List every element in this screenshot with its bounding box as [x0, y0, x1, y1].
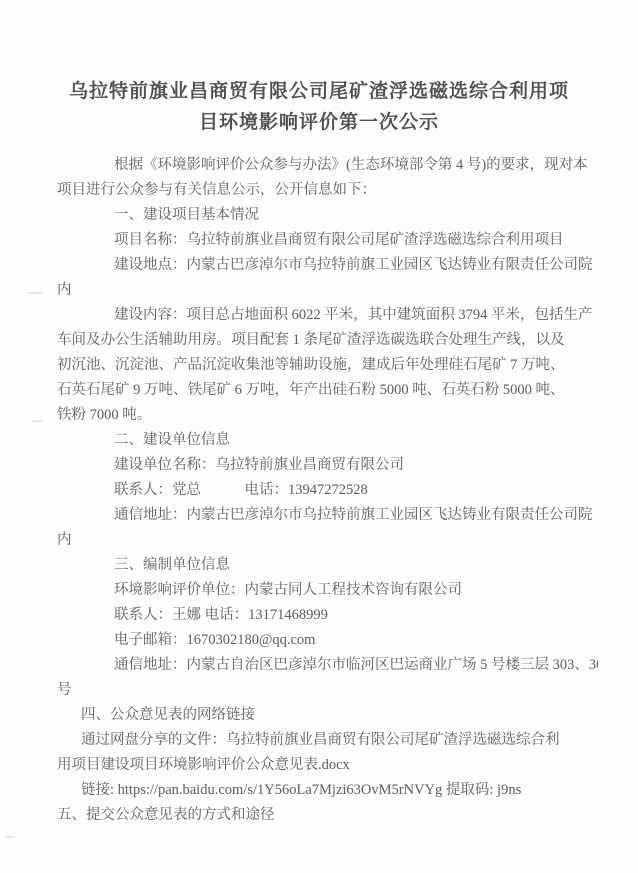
text-line: 一、建设项目基本情况 — [57, 203, 598, 228]
text-line: 四、公众意见表的网络链接 — [57, 703, 598, 728]
scan-noise-mark — [6, 836, 14, 838]
text-line: 内 — [57, 278, 598, 303]
text-line: 内 — [57, 528, 598, 553]
scanned-document-page: 乌拉特前旗业昌商贸有限公司尾矿渣浮选磁选综合利用项目环境影响评价第一次公示 根据… — [0, 0, 638, 873]
document-title: 乌拉特前旗业昌商贸有限公司尾矿渣浮选磁选综合利用项目环境影响评价第一次公示 — [0, 0, 638, 138]
text-line: 联系人：党总 电话：13947272528 — [57, 478, 598, 503]
document-title-line: 乌拉特前旗业昌商贸有限公司尾矿渣浮选磁选综合利用项 — [0, 76, 638, 107]
text-line: 项目名称：乌拉特前旗业昌商贸有限公司尾矿渣浮选磁选综合利用项目 — [57, 228, 598, 253]
text-line: 五、提交公众意见表的方式和途径 — [57, 803, 598, 828]
document-title-line: 目环境影响评价第一次公示 — [0, 107, 638, 138]
text-line: 用项目建设项目环境影响评价公众意见表.docx — [57, 753, 598, 778]
text-line: 联系人：王娜 电话：13171468999 — [57, 603, 598, 628]
text-line: 通过网盘分享的文件：乌拉特前旗业昌商贸有限公司尾矿渣浮选磁选综合利 — [57, 728, 598, 753]
text-line: 铁粉 7000 吨。 — [57, 403, 598, 428]
text-line: 号 — [57, 678, 598, 703]
text-line: 根据《环境影响评价公众参与办法》(生态环境部令第 4 号)的要求，现对本 — [57, 153, 598, 178]
text-line: 电子邮箱：1670302180@qq.com — [57, 628, 598, 653]
text-line: 项目进行公众参与有关信息公示，公开信息如下： — [57, 178, 598, 203]
text-line: 通信地址：内蒙古巴彦淖尔市乌拉特前旗工业园区飞达铸业有限责任公司院 — [57, 503, 598, 528]
text-line: 建设单位名称：乌拉特前旗业昌商贸有限公司 — [57, 453, 598, 478]
text-line: 车间及办公生活辅助用房。项目配套 1 条尾矿渣浮选碳选联合处理生产线，以及 — [57, 328, 598, 353]
scan-noise-mark — [32, 420, 42, 422]
document-body: 根据《环境影响评价公众参与办法》(生态环境部令第 4 号)的要求，现对本项目进行… — [0, 153, 638, 828]
text-line: 建设地点：内蒙古巴彦淖尔市乌拉特前旗工业园区飞达铸业有限责任公司院 — [57, 253, 598, 278]
text-line: 石英石尾矿 9 万吨、铁尾矿 6 万吨，年产出硅石粉 5000 吨、石英石粉 5… — [57, 378, 598, 403]
text-line: 二、建设单位信息 — [57, 428, 598, 453]
scan-noise-mark — [28, 292, 42, 294]
text-line: 初沉池、沉淀池、产品沉淀收集池等辅助设施，建成后年处理硅石尾矿 7 万吨、 — [57, 353, 598, 378]
text-line: 建设内容：项目总占地面积 6022 平米，其中建筑面积 3794 平米，包括生产 — [57, 303, 598, 328]
text-line: 环境影响评价单位：内蒙古同人工程技术咨询有限公司 — [57, 578, 598, 603]
text-line: 链接: https://pan.baidu.com/s/1Y56oLa7Mjzi… — [57, 778, 598, 803]
text-line: 通信地址：内蒙古自治区巴彦淖尔市临河区巴运商业广场 5 号楼三层 303、304 — [57, 653, 598, 678]
text-line: 三、编制单位信息 — [57, 553, 598, 578]
